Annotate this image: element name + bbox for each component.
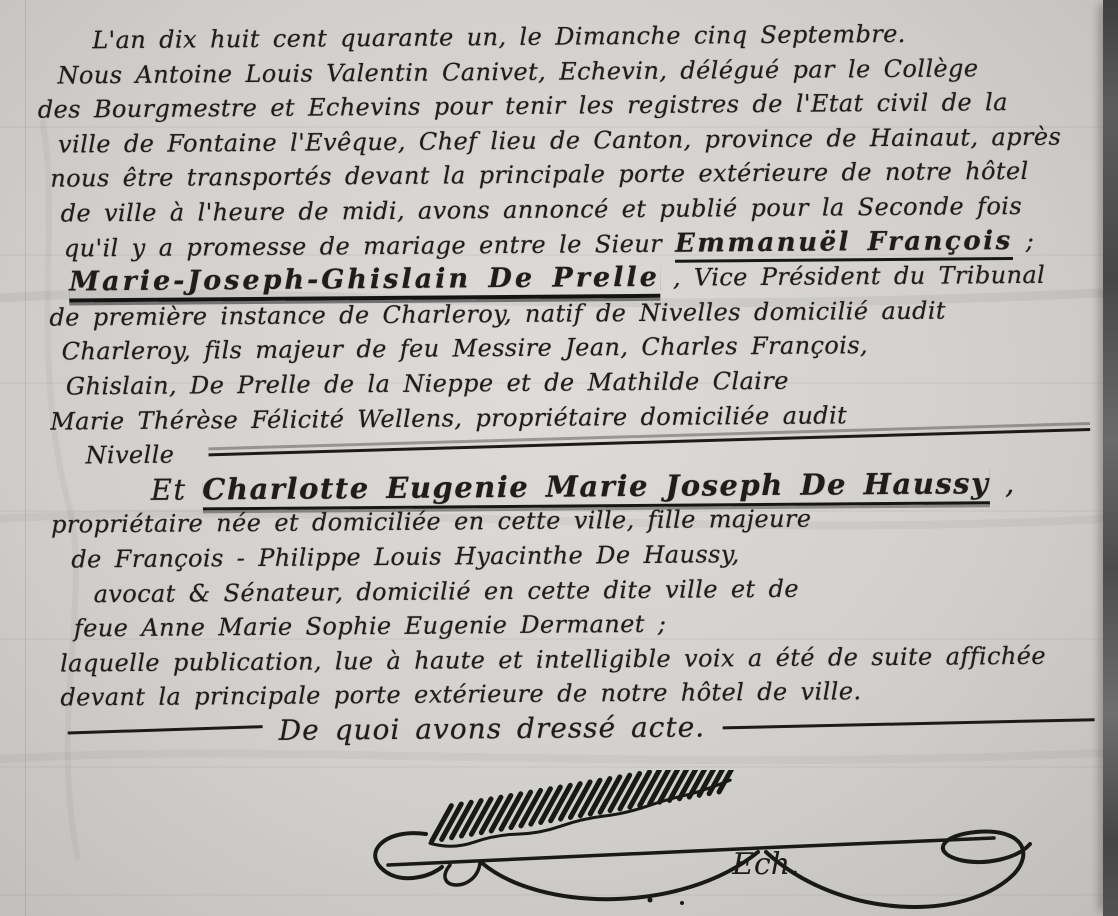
line-text: qu'il y a promesse de mariage entre le S… <box>64 229 675 262</box>
ink-rule <box>723 718 1095 729</box>
ink-rule <box>68 725 263 734</box>
line-text: Et <box>151 472 203 506</box>
manuscript-line: Et Charlotte Eugenie Marie Joseph De Hau… <box>151 465 1097 507</box>
flourish-loop <box>445 863 480 885</box>
line-text: Nivelle <box>85 438 174 473</box>
line-text: ; <box>1013 226 1035 254</box>
line-text: , <box>989 466 1016 500</box>
page-edge-shadow <box>1103 0 1118 916</box>
signature-caption: Ech. <box>731 847 800 882</box>
signature: Ech. <box>330 770 1050 916</box>
signature-flourish: Ech. <box>330 770 1050 915</box>
document-scan: L'an dix huit cent quarante un, le Diman… <box>0 0 1118 916</box>
manuscript-text: L'an dix huit cent quarante un, le Diman… <box>0 15 1099 750</box>
closing-text: De quoi avons dressé acte. <box>279 710 706 748</box>
ink-dot <box>648 898 653 903</box>
groom-name: Emmanuël François <box>675 226 1013 263</box>
ink-dot <box>680 901 684 905</box>
line-text: , Vice Président du Tribunal <box>660 261 1046 292</box>
signature-scrawl <box>427 770 743 841</box>
